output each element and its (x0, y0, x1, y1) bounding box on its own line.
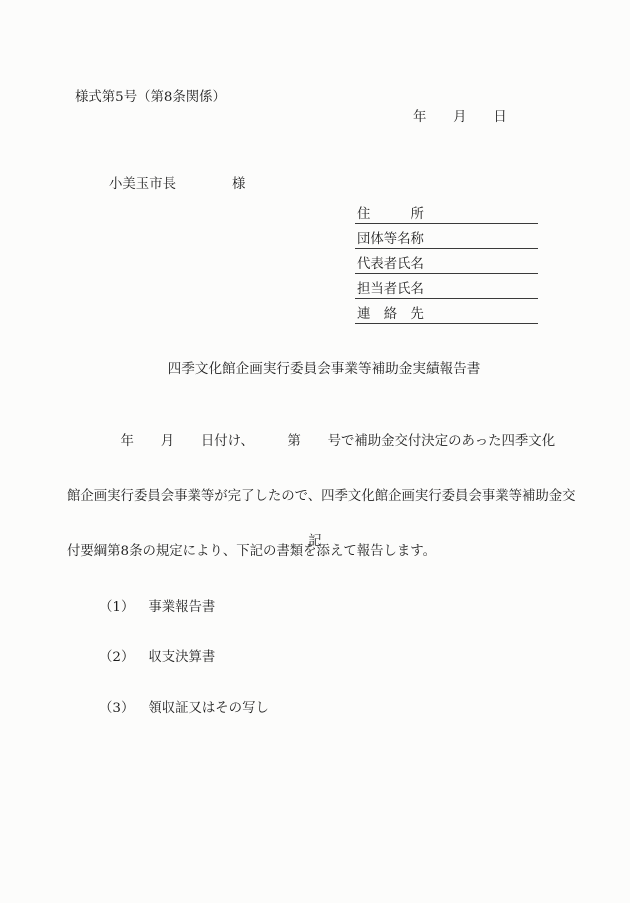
body-line: 館企画実行委員会事業等が完了したので、四季文化館企画実行委員会事業等補助金交 (67, 484, 572, 509)
date-line: 年 月 日 (413, 106, 507, 125)
item-number: （3） (99, 701, 134, 716)
addressee-honorific: 様 (232, 177, 245, 192)
addressee-name: 小美玉市長 (109, 177, 176, 192)
list-item: （2）収支決算書 (82, 631, 215, 680)
body-line: 年 月 日付け、 第 号で補助金交付決定のあった四季文化 (67, 429, 572, 454)
applicant-field-address: 住 所 (355, 206, 538, 224)
applicant-info-block: 住 所 団体等名称 代表者氏名 担当者氏名 連 絡 先 (355, 206, 538, 331)
item-number: （1） (99, 600, 134, 615)
report-title: 四季文化館企画実行委員会事業等補助金実績報告書 (9, 357, 630, 377)
item-text: 収支決算書 (148, 650, 215, 665)
applicant-field-phone: 連 絡 先 (355, 306, 538, 324)
form-number: 様式第5号（第8条関係） (75, 86, 226, 105)
item-text: 事業報告書 (148, 600, 215, 615)
list-item: （3）領収証又はその写し (82, 682, 269, 731)
addressee-line: 小美玉市長様 (92, 158, 245, 207)
document-page: 様式第5号（第8条関係） 年 月 日 小美玉市長様 住 所 団体等名称 代表者氏… (0, 0, 630, 903)
body-paragraph: 年 月 日付け、 第 号で補助金交付決定のあった四季文化 館企画実行委員会事業等… (67, 399, 572, 594)
applicant-field-organization: 団体等名称 (355, 231, 538, 249)
note-heading: 記 (0, 530, 630, 549)
applicant-field-representative: 代表者氏名 (355, 256, 538, 274)
item-text: 領収証又はその写し (148, 701, 269, 716)
list-item: （1）事業報告書 (82, 581, 215, 630)
applicant-field-contact-person: 担当者氏名 (355, 281, 538, 299)
item-number: （2） (99, 650, 134, 665)
